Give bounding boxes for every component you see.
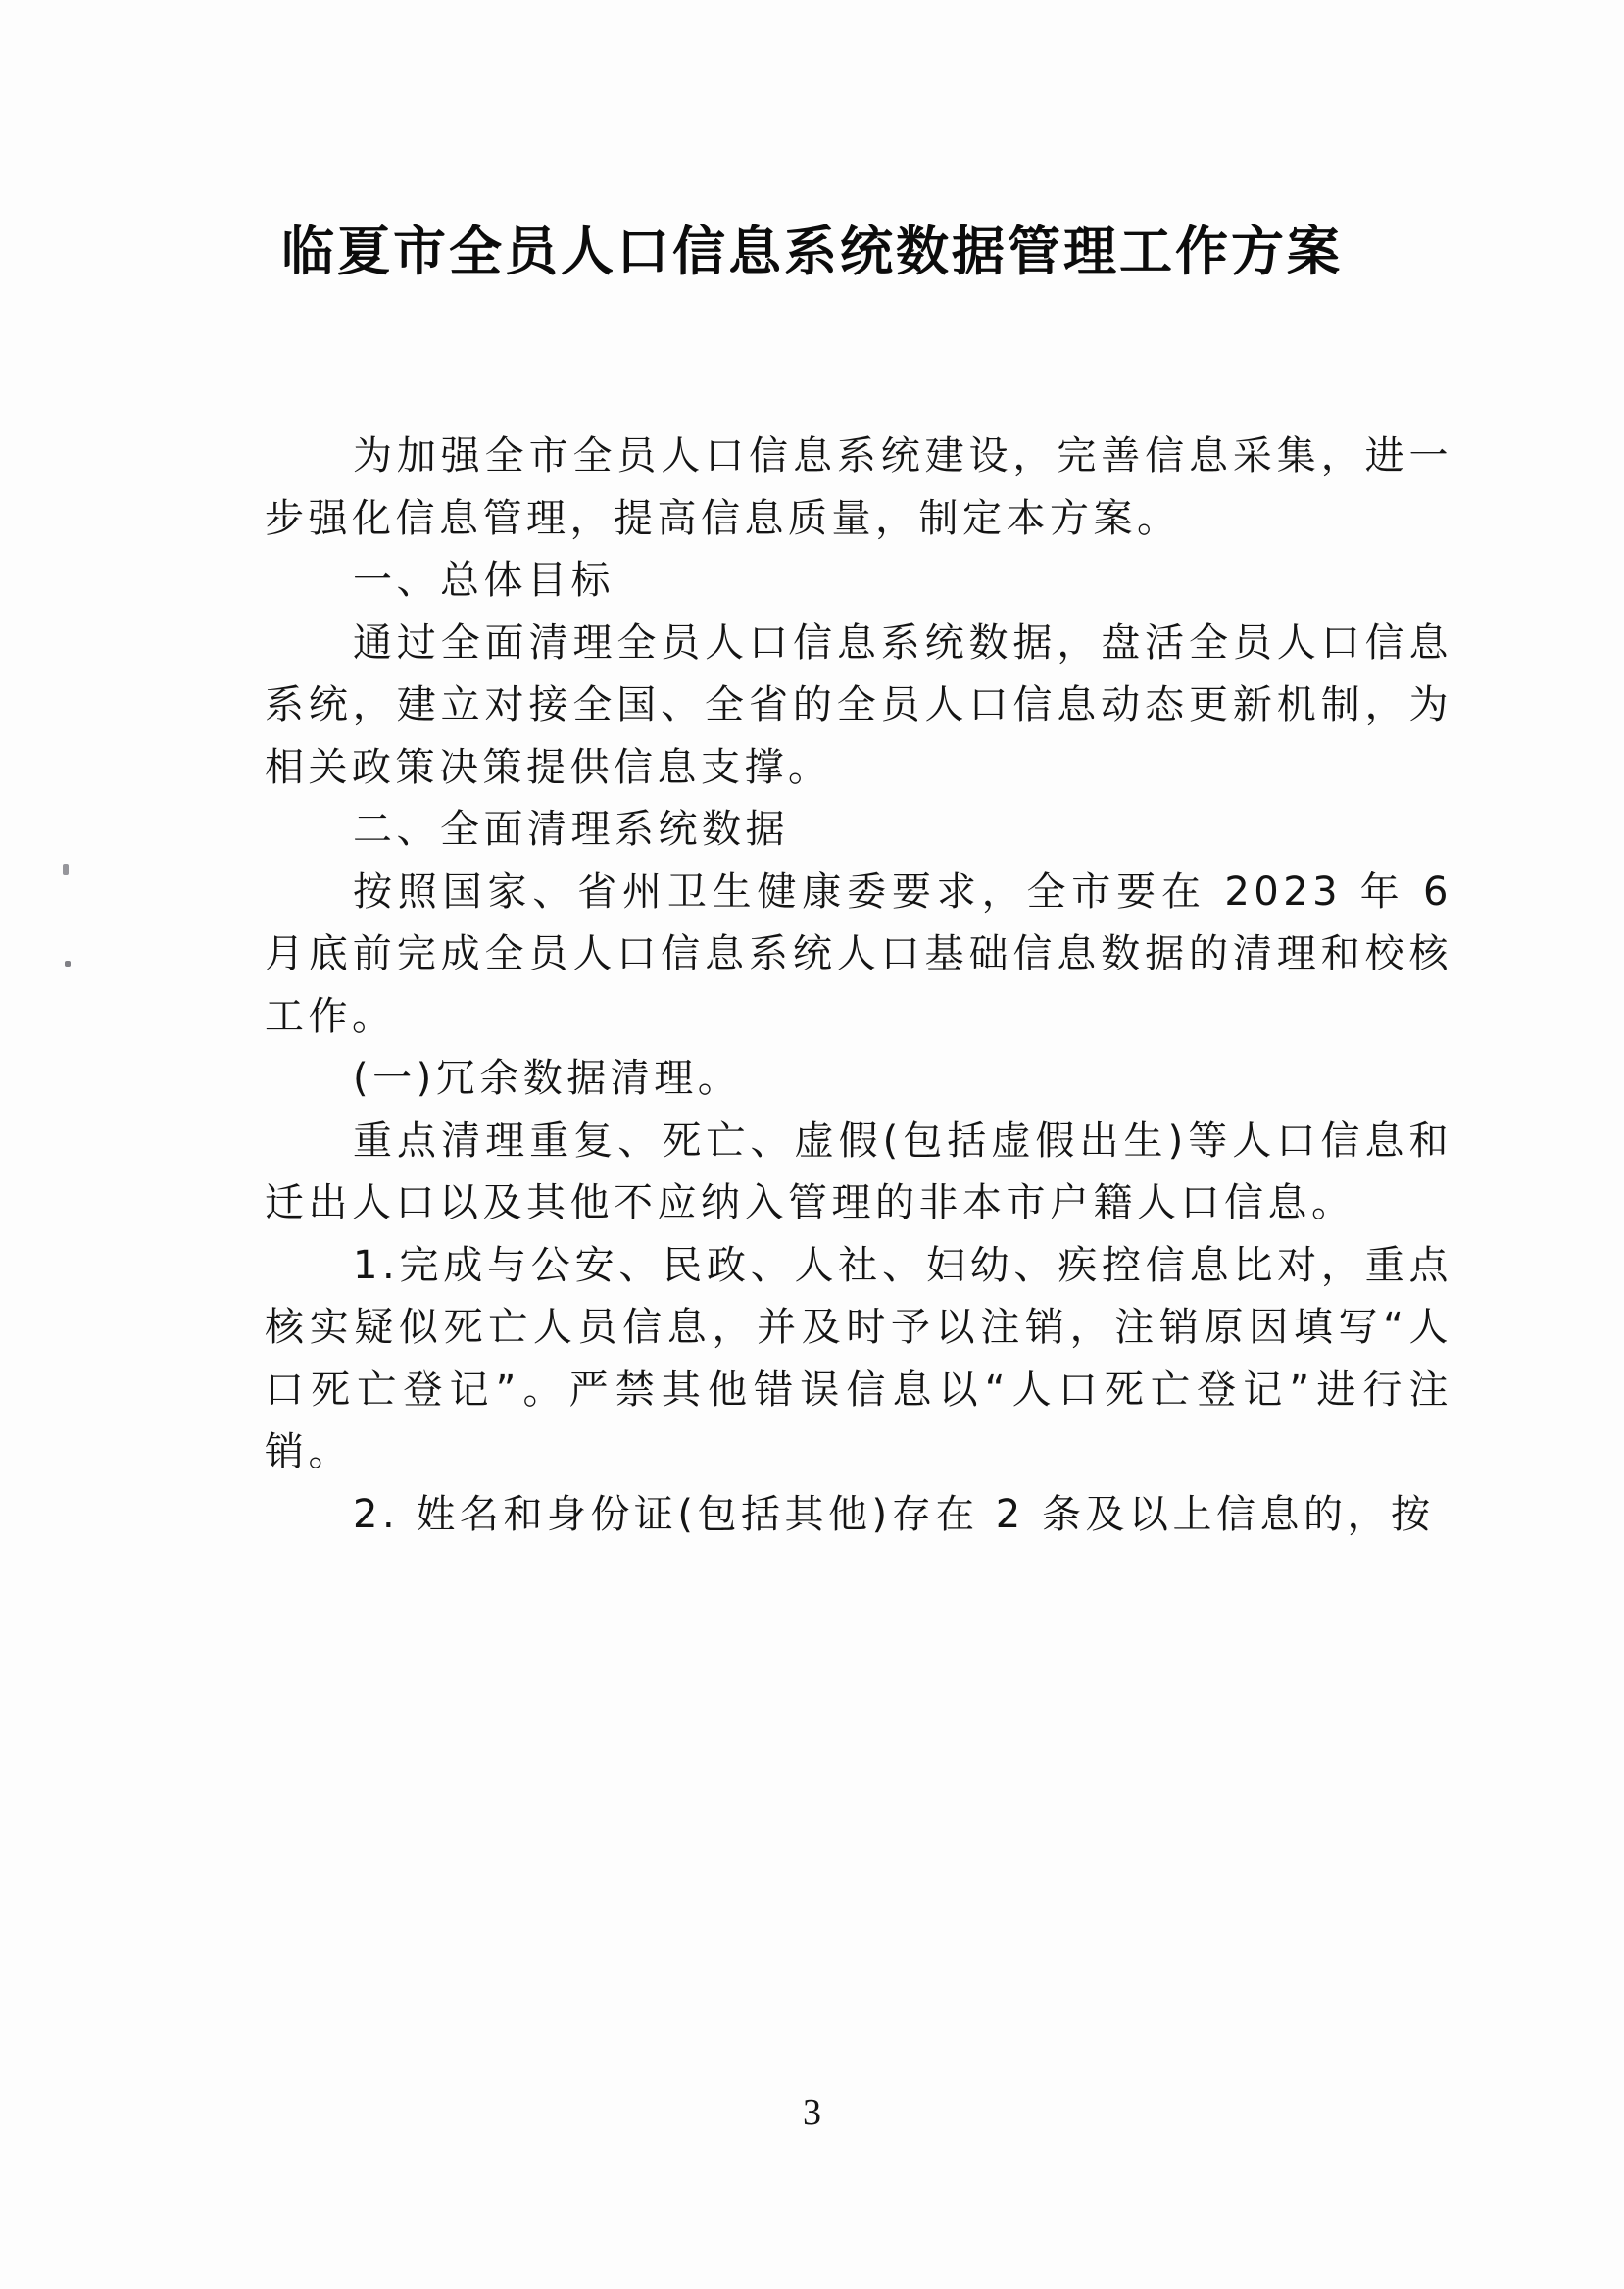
scan-artifact-mark — [63, 864, 69, 875]
section-heading-data-cleanup: 二、全面清理系统数据 — [265, 799, 1452, 862]
subsection-heading-redundant-data: (一)冗余数据清理。 — [265, 1048, 1452, 1111]
intro-paragraph: 为加强全市全员人口信息系统建设，完善信息采集，进一步强化信息管理，提高信息质量，… — [265, 425, 1452, 550]
item-2-paragraph: 2. 姓名和身份证(包括其他)存在 2 条及以上信息的，按 — [265, 1484, 1452, 1547]
goal-paragraph: 通过全面清理全员人口信息系统数据，盘活全员人口信息系统，建立对接全国、全省的全员… — [265, 613, 1452, 800]
page-number: 3 — [0, 2088, 1624, 2137]
document-title: 临夏市全员人口信息系统数据管理工作方案 — [0, 218, 1624, 286]
item-1-paragraph: 1.完成与公安、民政、人社、妇幼、疾控信息比对，重点核实疑似死亡人员信息，并及时… — [265, 1235, 1452, 1484]
document-body: 为加强全市全员人口信息系统建设，完善信息采集，进一步强化信息管理，提高信息质量，… — [265, 425, 1452, 1546]
deadline-paragraph: 按照国家、省州卫生健康委要求，全市要在 2023 年 6 月底前完成全员人口信息… — [265, 862, 1452, 1049]
document-page: 临夏市全员人口信息系统数据管理工作方案 为加强全市全员人口信息系统建设，完善信息… — [0, 0, 1624, 2289]
section-heading-overall-goal: 一、总体目标 — [265, 550, 1452, 613]
redundant-data-paragraph: 重点清理重复、死亡、虚假(包括虚假出生)等人口信息和迁出人口以及其他不应纳入管理… — [265, 1111, 1452, 1235]
scan-artifact-dot — [65, 961, 71, 967]
